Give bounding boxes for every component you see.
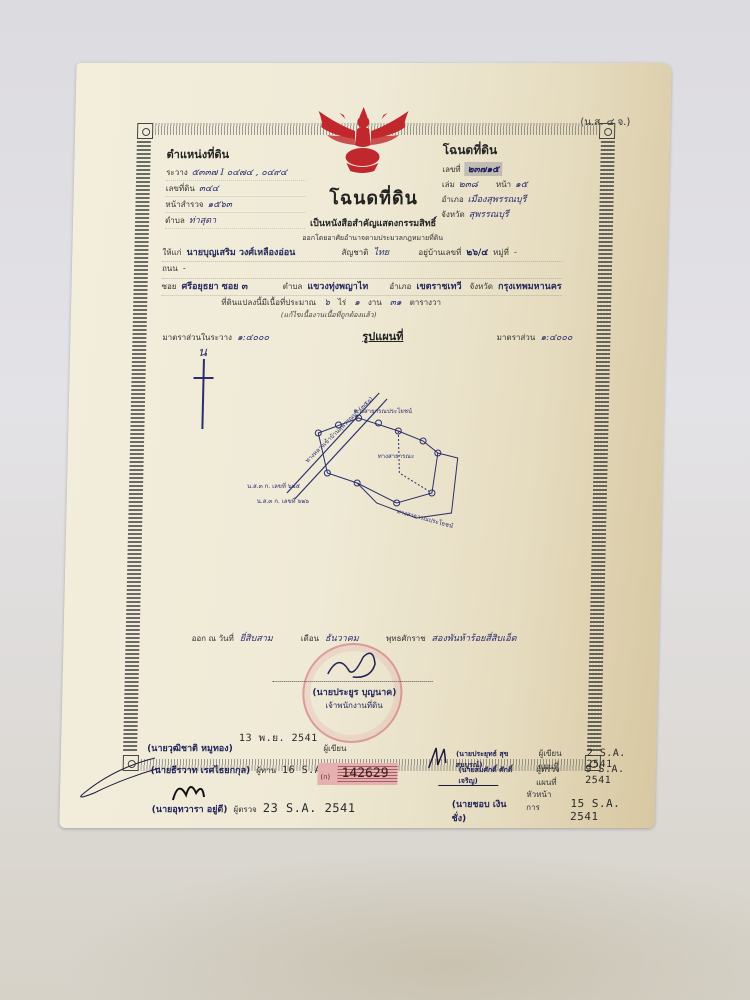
- field-sheet: ระวาง ๕๓๓๗ I ๐๔๗๔ , ๐๔๙๔: [166, 165, 306, 181]
- owner-row: ให้แก่ นายบุญเสริม วงศ์เหลืองอ่อน สัญชาต…: [162, 245, 562, 262]
- road-row: ถนน -: [162, 262, 562, 279]
- address-row: ซอย ศรีอยุธยา ซอย ๓ ตำบล แขวงทุ่งพญาไท อ…: [161, 279, 561, 296]
- document-title-block: โฉนดที่ดิน เป็นหนังสือสำคัญแสดงกรรมสิทธิ…: [283, 183, 464, 244]
- deed-info-title: โฉนดที่ดิน: [442, 141, 572, 160]
- endorsement-head: (นายชอบ เงินชั่ง) หัวหน้าการ 15 S.A. 254…: [451, 797, 655, 825]
- owner-name: นายบุญเสริม วงศ์เหลืองอ่อน: [186, 245, 336, 259]
- border-left: [123, 141, 151, 753]
- receipt-number: 142629: [341, 766, 388, 781]
- svg-text:ทางสาธารณประโยชน์: ทางสาธารณประโยชน์: [396, 507, 454, 530]
- signature-stroke: [438, 785, 498, 786]
- garuda-emblem-icon: [312, 105, 414, 177]
- north-arrow-icon: น: [190, 341, 216, 431]
- document-title: โฉนดที่ดิน: [283, 183, 464, 212]
- svg-text:ทางสาธารณประโยชน์: ทางสาธารณประโยชน์: [354, 407, 413, 415]
- receipt-stamp: (ก) 142629: [317, 763, 397, 785]
- field-deed-number: เลขที่ ๒๓๗๑๕: [442, 162, 572, 177]
- signature-icon: [168, 775, 209, 805]
- endorsement-writer: (นายวุฒิชาติ หมูทอง) 13 พ.ย. 2541 ผู้เขี…: [147, 741, 347, 756]
- svg-text:น.ส.๓ ก. เลขที่ ๖๒๕: น.ส.๓ ก. เลขที่ ๖๒๕: [247, 482, 301, 490]
- background-cloth-shadow: [0, 830, 750, 1000]
- map-title: รูปแผนที่: [362, 327, 404, 345]
- signature-icon: [426, 743, 457, 773]
- officer-signature-icon: [323, 649, 384, 685]
- land-officer: (นายประยูร บุญนาค) เจ้าพนักงานที่ดิน: [294, 685, 415, 712]
- survey-plot-map: ทางหลวงเข้าบ้านสุพรรณบุรี (๓๕๐) ทางสาธาร…: [246, 363, 470, 533]
- land-title-deed: (น.ส. ๔ จ.): [59, 63, 671, 828]
- signature-scribble-icon: [74, 753, 165, 803]
- svg-text:น.ส.๓ ก. เลขที่ ๖๒๖: น.ส.๓ ก. เลขที่ ๖๒๖: [257, 497, 310, 505]
- area-note: (แก้ไขเนื้องานเนื้อที่ถูกต้องแล้ว): [281, 310, 377, 321]
- issuance-row: ออก ณ วันที่ ยี่สิบสาม เดือน ธันวาคม พุท…: [191, 631, 551, 645]
- document-subtitle: เป็นหนังสือสำคัญแสดงกรรมสิทธิ์: [283, 216, 463, 230]
- svg-text:ทางหลวงเข้าบ้านสุพรรณบุรี (๓๕๐: ทางหลวงเข้าบ้านสุพรรณบุรี (๓๕๐): [303, 395, 374, 465]
- issued-by-text: ออกโดยอาศัยอำนาจตามประมวลกฎหมายที่ดิน: [283, 233, 463, 244]
- area-row: ที่ดินแปลงนี้มีเนื้อที่ประมาณ ๖ ไร่ ๑ งา…: [221, 295, 441, 309]
- scale-row: มาตราส่วนในระวาง ๑:๔๐๐๐ รูปแผนที่ มาตราส…: [162, 325, 572, 345]
- land-position-title: ตำแหน่งที่ดิน: [166, 145, 316, 163]
- border-right: [587, 141, 615, 753]
- svg-text:ทางสาธารณะ: ทางสาธารณะ: [378, 453, 414, 460]
- corner-ornament-icon: [599, 123, 615, 139]
- owner-block: ให้แก่ นายบุญเสริม วงศ์เหลืองอ่อน สัญชาต…: [161, 245, 562, 296]
- corner-ornament-icon: [137, 123, 153, 139]
